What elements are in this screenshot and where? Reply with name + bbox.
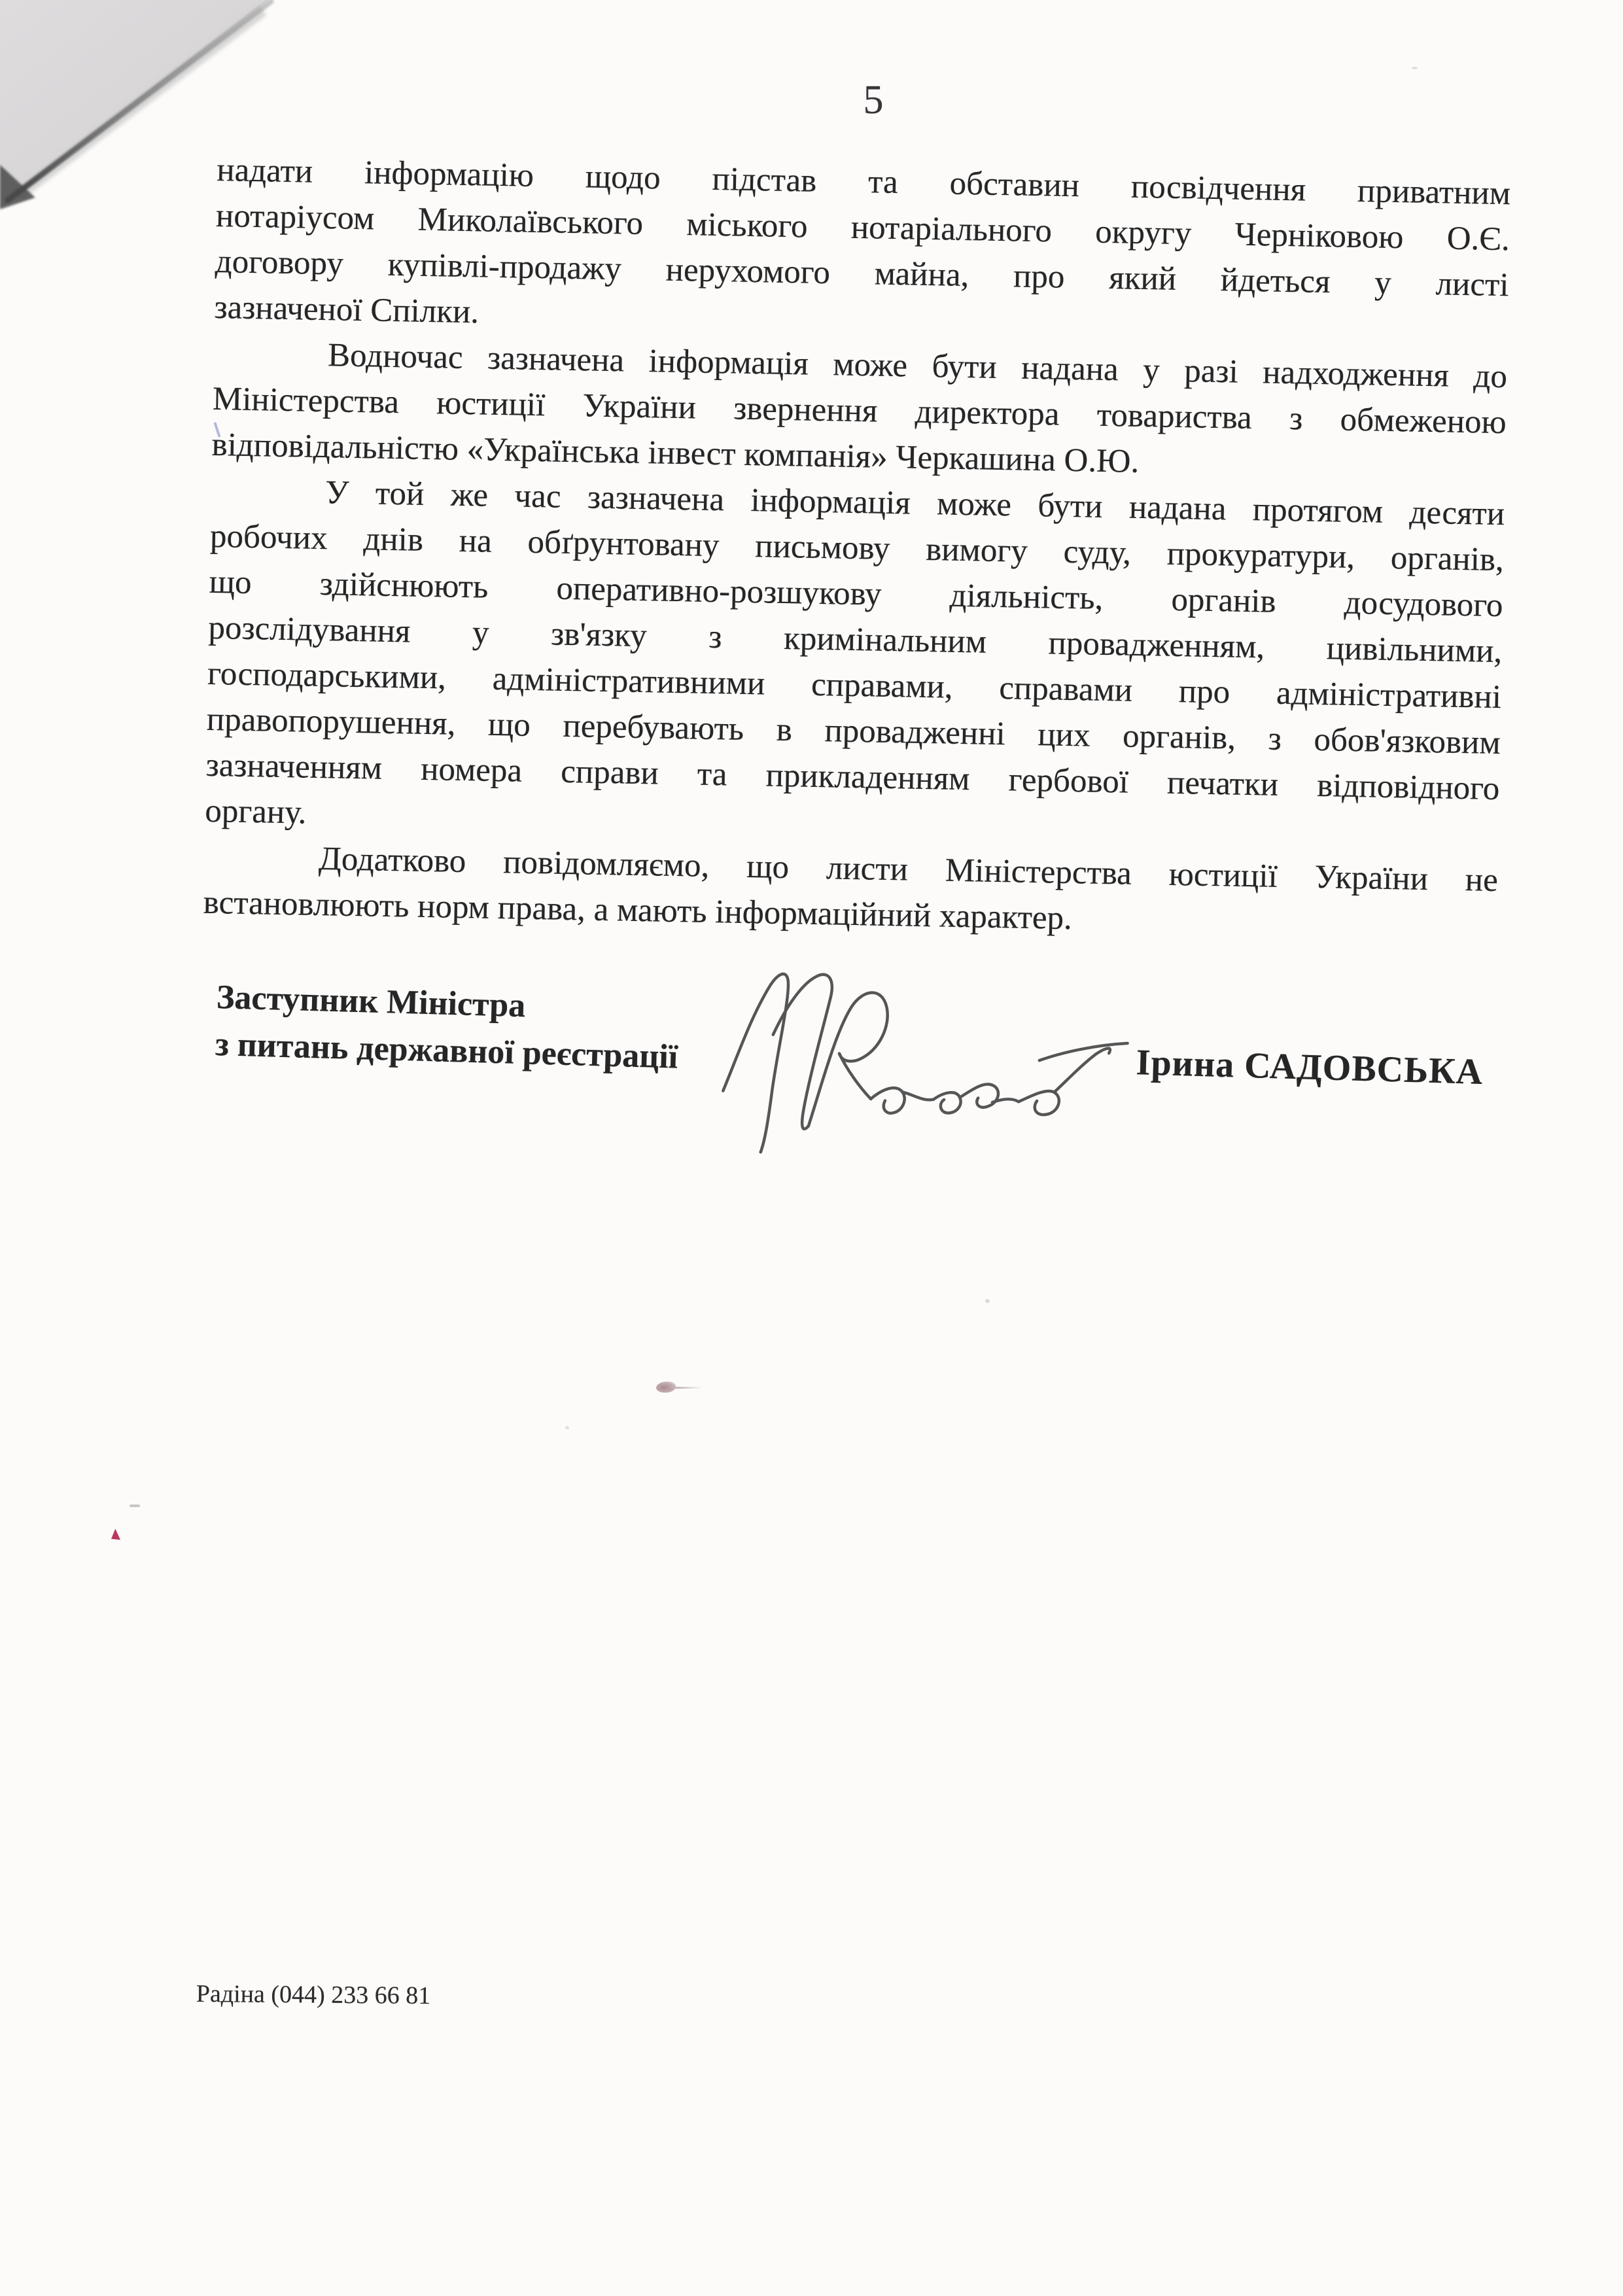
scan-speck-red — [111, 1529, 120, 1540]
scan-speck-pink-tail — [675, 1387, 703, 1389]
scan-speck-dot-c — [1412, 67, 1418, 69]
signature-block: Заступник Міністра з питань державної ре… — [211, 975, 1510, 1220]
page-number: 5 — [837, 77, 909, 124]
scan-speck-pink — [656, 1382, 676, 1393]
scanned-letter-page: 5 надати інформацію щодо підстав та обст… — [0, 0, 1623, 2296]
signer-name: Ірина САДОВСЬКА — [1136, 1043, 1484, 1091]
signer-title-line1: Заступник Міністра — [216, 981, 526, 1023]
scan-speck-dot-b — [565, 1426, 569, 1429]
signer-title-line2: з питань державної реєстрації — [215, 1028, 678, 1075]
handwritten-signature — [709, 954, 1159, 1170]
letter-body: надати інформацію щодо підстав та обстав… — [203, 147, 1510, 949]
scan-speck-gray-dash — [130, 1505, 140, 1507]
footer-contact: Радіна (044) 233 66 81 — [196, 1979, 431, 2010]
fold-dark-tip — [0, 165, 35, 209]
scan-speck-dot-a — [985, 1299, 990, 1303]
